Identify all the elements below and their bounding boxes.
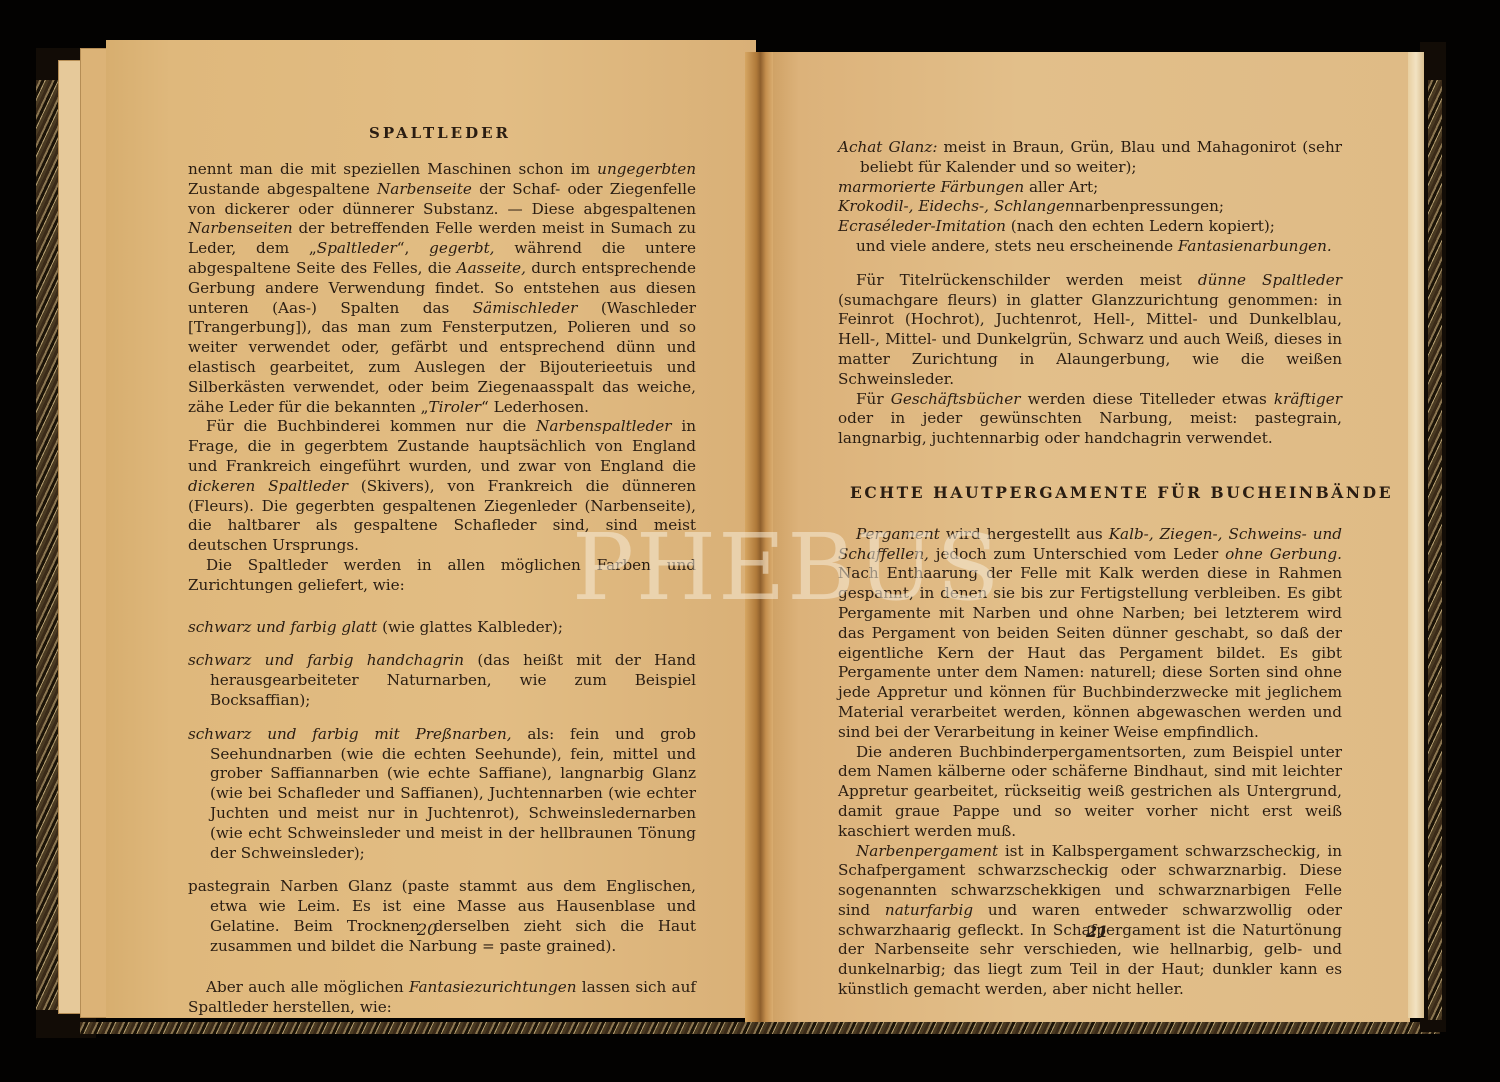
list-item: pastegrain Narben Glanz (paste stammt au…: [188, 877, 696, 956]
page-number-left: 20: [417, 920, 437, 939]
list-item: Ecraséleder-Imitation (nach den echten L…: [838, 217, 1342, 237]
list-item: Achat Glanz: meist in Braun, Grün, Blau …: [838, 138, 1342, 178]
list-item: schwarz und farbig handchagrin (das heiß…: [188, 651, 696, 710]
watermark: PHEBUS: [572, 522, 1001, 614]
paragraph: Die anderen Buchbinderpergamentsorten, z…: [838, 743, 1342, 842]
marbled-edge-bottom: [80, 1022, 1440, 1034]
running-head: SPALTLEDER: [180, 124, 700, 142]
list-item: Krokodil-, Eidechs-, Schlangennarbenpres…: [838, 197, 1342, 217]
paragraph: nennt man die mit speziellen Maschinen s…: [188, 160, 696, 417]
list-item: marmorierte Färbungen aller Art;: [838, 178, 1342, 198]
list-item: und viele andere, stets neu erscheinende…: [838, 237, 1342, 257]
paragraph: Aber auch alle möglichen Fantasiezuricht…: [188, 978, 696, 1018]
page-number-right: 21: [1086, 922, 1108, 941]
list-item: schwarz und farbig mit Preßnarben, als: …: [188, 725, 696, 864]
marbled-board-right: [1428, 80, 1442, 1020]
marbled-board-left: [36, 80, 60, 1010]
paragraph: Für Geschäftsbücher werden diese Titelle…: [838, 390, 1342, 449]
paragraph: Narbenpergament ist in Kalbspergament sc…: [838, 842, 1342, 1000]
paragraph: Für Titelrückenschilder werden meist dün…: [838, 271, 1342, 390]
page-leaf-edge-right: [1408, 52, 1424, 1018]
section-heading: ECHTE HAUTPERGAMENTE FÜR BUCHEINBÄNDE: [850, 483, 1342, 503]
